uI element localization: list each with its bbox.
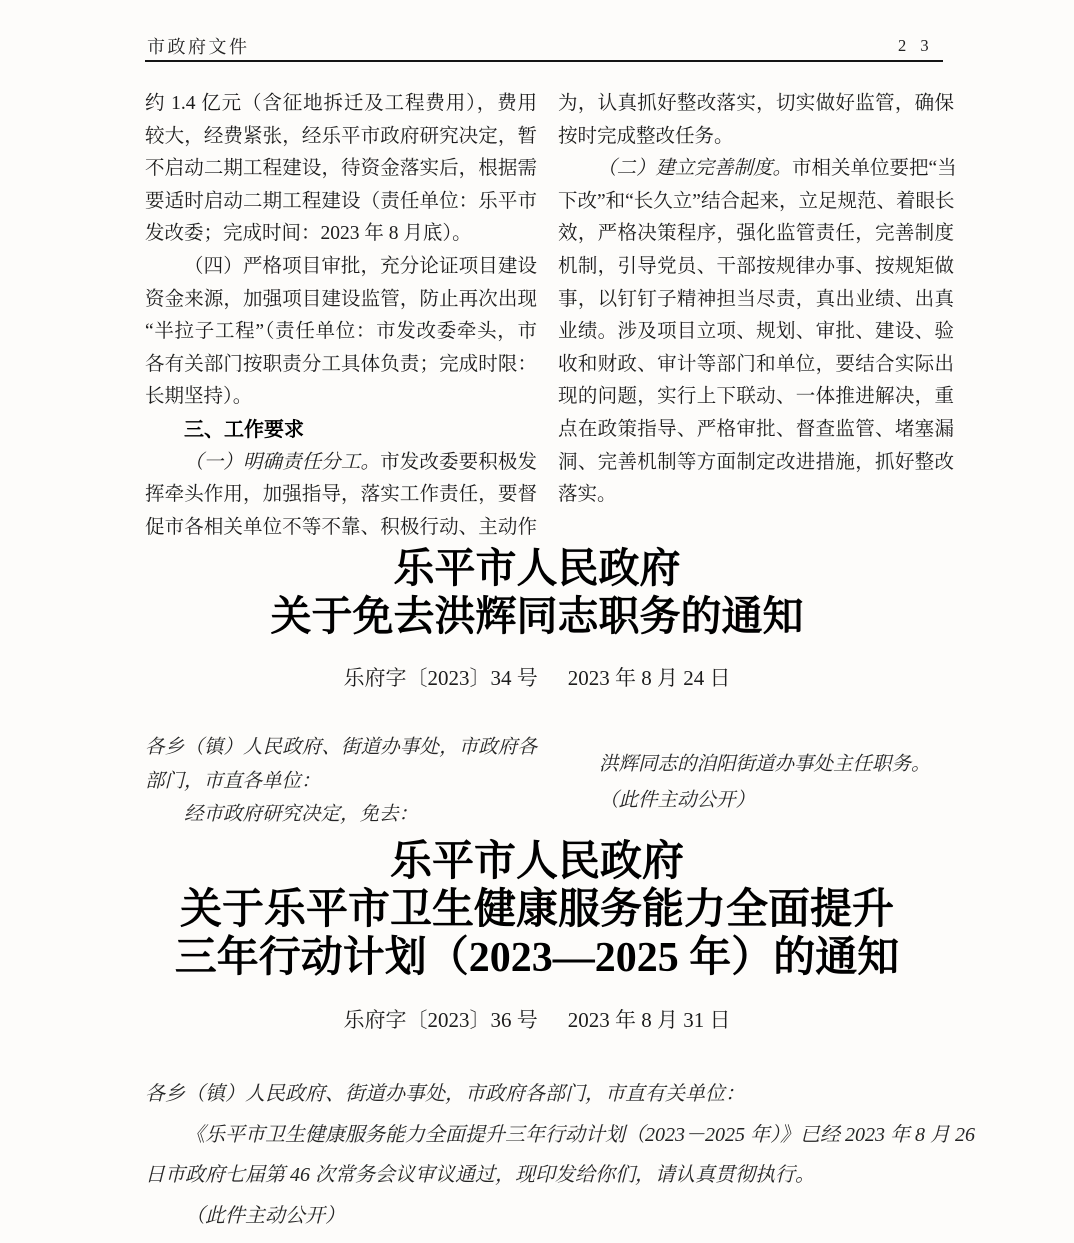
text-segment: 不启动二期工程建设，待资金落实后，根据需 [145,158,537,179]
text-line: （此件主动公开） [599,783,969,819]
text-segment: 《乐平市卫生健康服务能力全面提升三年行动计划（2023－2025 年）》已经 2… [185,1124,975,1146]
text-line: 三、工作要求 [145,414,537,447]
text-line: 长期坚持）。 [145,381,537,414]
notice-36-title: 乐平市人民政府 关于乐平市卫生健康服务能力全面提升 三年行动计划（2023—20… [0,838,1074,982]
text-segment: 较大，经费紧张，经乐平市政府研究决定，暂 [145,126,537,147]
text-segment: 日市政府七届第 46 次常务会议审议通过，现印发给你们，请认真贯彻执行。 [145,1164,815,1186]
text-segment: （一）明确责任分工。 [184,452,380,473]
text-segment: （此件主动公开） [599,790,755,811]
text-segment: 洪辉同志的洎阳街道办事处主任职务。 [599,754,931,775]
text-line: 不启动二期工程建设，待资金落实后，根据需 [145,153,537,186]
text-segment: 要适时启动二期工程建设（责任单位：乐平市 [145,191,537,212]
text-segment: 点在政策指导、严格审批、督查监管、堵塞漏 [558,419,954,440]
text-line: （四）严格项目审批，充分论证项目建设 [145,251,537,284]
text-line: 下改”和“长久立”结合起来，立足规范、着眼长 [558,186,954,219]
text-line: 现的问题，实行上下联动、一体推进解决，重 [558,381,954,414]
text-segment: 资金来源，加强项目建设监管，防止再次出现 [145,289,537,310]
text-segment: 事，以钉钉子精神担当尽责，真出业绩、出真 [558,289,954,310]
text-line: 部门，市直各单位： [145,765,537,799]
notice-36-docline: 乐府字〔2023〕36 号2023 年 8 月 31 日 [0,1004,1074,1034]
text-segment: 落实。 [558,484,617,505]
text-line: 促市各相关单位不等不靠、积极行动、主动作 [145,512,537,545]
text-line: 日市政府七届第 46 次常务会议审议通过，现印发给你们，请认真贯彻执行。 [145,1155,957,1196]
text-line: 为，认真抓好整改落实，切实做好监管，确保 [558,88,954,121]
text-segment: 收和财政、审计等部门和单位，要结合实际出 [558,354,954,375]
text-segment: 现的问题，实行上下联动、一体推进解决，重 [558,386,954,407]
text-line: “半拉子工程”（责任单位：市发改委牵头，市 [145,316,537,349]
text-line: 效，严格决策程序，强化监管责任，完善制度 [558,218,954,251]
notice-34-docline: 乐府字〔2023〕34 号2023 年 8 月 24 日 [0,662,1074,692]
text-line: 发改委；完成时间：2023 年 8 月底）。 [145,218,537,251]
text-segment: 长期坚持）。 [145,386,252,407]
text-line: （二）建立完善制度。市相关单位要把“当 [558,153,954,186]
gazette-page: 市政府文件 2 3 约 1.4 亿元（含征地拆迁及工程费用），费用较大，经费紧张… [0,0,1074,1243]
text-segment: 促市各相关单位不等不靠、积极行动、主动作 [145,517,537,538]
text-segment: 约 1.4 亿元（含征地拆迁及工程费用），费用 [145,93,537,114]
text-segment: （此件主动公开） [185,1205,345,1227]
text-segment: 洞、完善机制等方面制定改进措施，抓好整改 [558,452,954,473]
text-segment: 各乡（镇）人民政府、街道办事处，市政府各部门，市直有关单位： [145,1083,745,1105]
text-line: （一）明确责任分工。市发改委要积极发 [145,447,537,480]
text-segment: “半拉子工程”（责任单位：市发改委牵头，市 [145,321,537,342]
top-section-right-column: 为，认真抓好整改落实，切实做好监管，确保按时完成整改任务。（二）建立完善制度。市… [558,88,954,512]
text-line: 各乡（镇）人民政府、街道办事处，市政府各 [145,731,537,765]
text-line: （此件主动公开） [145,1196,957,1237]
header-rule [145,60,943,62]
text-segment: 下改”和“长久立”结合起来，立足规范、着眼长 [558,191,954,212]
text-line: 挥牵头作用，加强指导，落实工作责任，要督 [145,479,537,512]
text-segment: 发改委；完成时间：2023 年 8 月底）。 [145,223,472,244]
text-line: 洞、完善机制等方面制定改进措施，抓好整改 [558,447,954,480]
text-segment: 效，严格决策程序，强化监管责任，完善制度 [558,223,954,244]
text-line: 洪辉同志的洎阳街道办事处主任职务。 [599,747,969,783]
title-line: 关于免去洪辉同志职务的通知 [0,592,1074,640]
text-segment: 部门，市直各单位： [145,771,321,792]
text-segment: 各有关部门按职责分工具体负责；完成时限： [145,354,537,375]
text-line: 《乐平市卫生健康服务能力全面提升三年行动计划（2023－2025 年）》已经 2… [145,1115,957,1156]
text-segment: 市发改委要积极发 [380,452,537,473]
text-segment: （四）严格项目审批，充分论证项目建设 [184,256,537,277]
text-line: 机制，引导党员、干部按规律办事、按规矩做 [558,251,954,284]
text-line: 按时完成整改任务。 [558,121,954,154]
text-line: 较大，经费紧张，经乐平市政府研究决定，暂 [145,121,537,154]
text-segment: 业绩。涉及项目立项、规划、审批、建设、验 [558,321,954,342]
top-section-left-column: 约 1.4 亿元（含征地拆迁及工程费用），费用较大，经费紧张，经乐平市政府研究决… [145,88,537,544]
title-line: 乐平市人民政府 [0,544,1074,592]
text-line: 资金来源，加强项目建设监管，防止再次出现 [145,284,537,317]
text-segment: 市相关单位要把“当 [792,158,957,179]
title-line: 关于乐平市卫生健康服务能力全面提升 [0,886,1074,934]
text-line: 业绩。涉及项目立项、规划、审批、建设、验 [558,316,954,349]
text-segment: 为，认真抓好整改落实，切实做好监管，确保 [558,93,954,114]
text-line: 各有关部门按职责分工具体负责；完成时限： [145,349,537,382]
text-segment: 各乡（镇）人民政府、街道办事处，市政府各 [145,737,537,758]
text-line: 落实。 [558,479,954,512]
text-line: 各乡（镇）人民政府、街道办事处，市政府各部门，市直有关单位： [145,1074,957,1115]
header-doc-label: 市政府文件 [147,33,250,59]
notice-34-date: 2023 年 8 月 24 日 [568,666,731,690]
notice-36-body: 各乡（镇）人民政府、街道办事处，市政府各部门，市直有关单位：《乐平市卫生健康服务… [145,1074,957,1236]
text-line: 经市政府研究决定，免去： [145,798,537,832]
notice-36-doc-number: 乐府字〔2023〕36 号 [344,1008,538,1032]
notice-34-left-column: 各乡（镇）人民政府、街道办事处，市政府各部门，市直各单位：经市政府研究决定，免去… [145,731,537,832]
text-segment: 机制，引导党员、干部按规律办事、按规矩做 [558,256,954,277]
title-line: 三年行动计划（2023—2025 年）的通知 [0,934,1074,982]
text-segment: 经市政府研究决定，免去： [184,804,418,825]
page-number: 2 3 [898,36,934,56]
notice-36-date: 2023 年 8 月 31 日 [568,1008,731,1032]
title-line: 乐平市人民政府 [0,838,1074,886]
text-segment: （二）建立完善制度。 [597,158,792,179]
text-line: 点在政策指导、严格审批、督查监管、堵塞漏 [558,414,954,447]
notice-34-doc-number: 乐府字〔2023〕34 号 [344,666,538,690]
text-line: 收和财政、审计等部门和单位，要结合实际出 [558,349,954,382]
text-line: 约 1.4 亿元（含征地拆迁及工程费用），费用 [145,88,537,121]
text-segment: 三、工作要求 [184,419,304,441]
text-line: 要适时启动二期工程建设（责任单位：乐平市 [145,186,537,219]
text-segment: 按时完成整改任务。 [558,126,734,147]
text-segment: 挥牵头作用，加强指导，落实工作责任，要督 [145,484,537,505]
notice-34-title: 乐平市人民政府 关于免去洪辉同志职务的通知 [0,544,1074,640]
text-line: 事，以钉钉子精神担当尽责，真出业绩、出真 [558,284,954,317]
notice-34-right-column: 洪辉同志的洎阳街道办事处主任职务。（此件主动公开） [599,747,969,818]
